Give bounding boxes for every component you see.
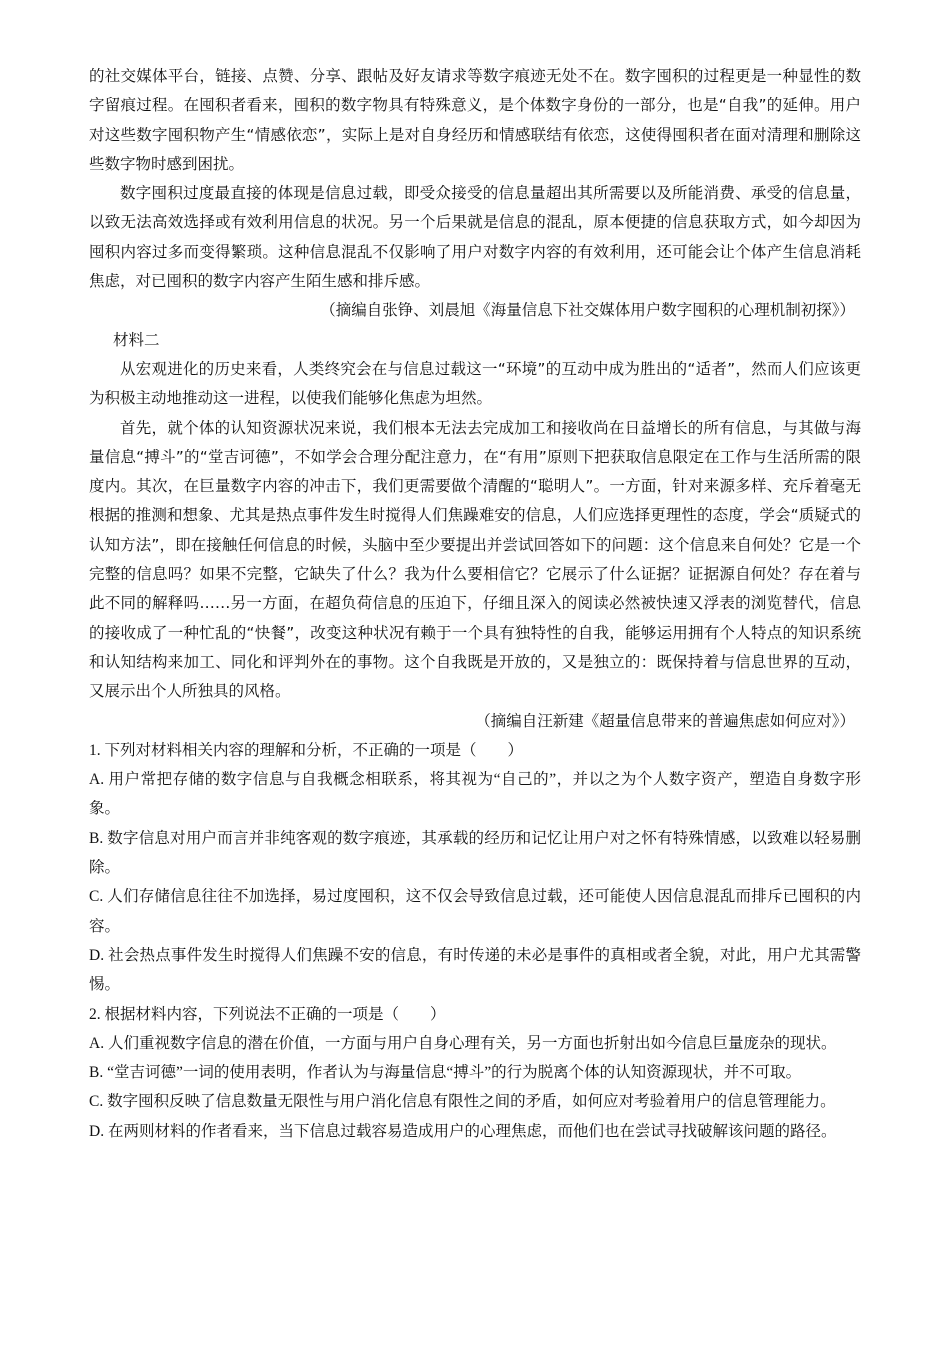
material-one-paragraph-1: 的社交媒体平台，链接、点赞、分享、跟帖及好友请求等数字痕迹无处不在。数字囤积的过… xyxy=(89,62,861,179)
material-two-source: （摘编自汪新建《超量信息带来的普遍焦虑如何应对》） xyxy=(89,707,861,736)
material-one-source: （摘编自张铮、刘晨旭《海量信息下社交媒体用户数字囤积的心理机制初探》） xyxy=(89,296,861,325)
material-one-paragraph-2: 数字囤积过度最直接的体现是信息过载，即受众接受的信息量超出其所需要以及所能消费、… xyxy=(89,179,861,296)
material-two-paragraph-1: 从宏观进化的历史来看，人类终究会在与信息过载这一“环境”的互动中成为胜出的“适者… xyxy=(89,355,861,414)
question-stem: 1. 下列对材料相关内容的理解和分析，不正确的一项是（ ） xyxy=(89,736,861,765)
question-1: 1. 下列对材料相关内容的理解和分析，不正确的一项是（ ） A. 用户常把存储的… xyxy=(89,736,861,1000)
option-d: D. 社会热点事件发生时搅得人们焦躁不安的信息，有时传递的未必是事件的真相或者全… xyxy=(89,941,861,1000)
option-b: B. 数字信息对用户而言并非纯客观的数字痕迹，其承载的经历和记忆让用户对之怀有特… xyxy=(89,824,861,883)
option-d: D. 在两则材料的作者看来，当下信息过载容易造成用户的心理焦虑，而他们也在尝试寻… xyxy=(89,1117,861,1146)
material-two-paragraph-2: 首先，就个体的认知资源状况来说，我们根本无法去完成加工和接收尚在日益增长的所有信… xyxy=(89,414,861,707)
option-a: A. 用户常把存储的数字信息与自我概念相联系，将其视为“自己的”，并以之为个人数… xyxy=(89,765,861,824)
exam-page: 的社交媒体平台，链接、点赞、分享、跟帖及好友请求等数字痕迹无处不在。数字囤积的过… xyxy=(89,62,861,1146)
option-c: C. 数字囤积反映了信息数量无限性与用户消化信息有限性之间的矛盾，如何应对考验着… xyxy=(89,1087,861,1116)
option-a: A. 人们重视数字信息的潜在价值，一方面与用户自身心理有关，另一方面也折射出如今… xyxy=(89,1029,861,1058)
option-b: B. “堂吉诃德”一词的使用表明，作者认为与海量信息“搏斗”的行为脱离个体的认知… xyxy=(89,1058,861,1087)
option-c: C. 人们存储信息往往不加选择，易过度囤积，这不仅会导致信息过载，还可能使人因信… xyxy=(89,882,861,941)
question-2: 2. 根据材料内容，下列说法不正确的一项是（ ） A. 人们重视数字信息的潜在价… xyxy=(89,1000,861,1146)
question-stem: 2. 根据材料内容，下列说法不正确的一项是（ ） xyxy=(89,1000,861,1029)
material-two-label: 材料二 xyxy=(89,326,861,355)
